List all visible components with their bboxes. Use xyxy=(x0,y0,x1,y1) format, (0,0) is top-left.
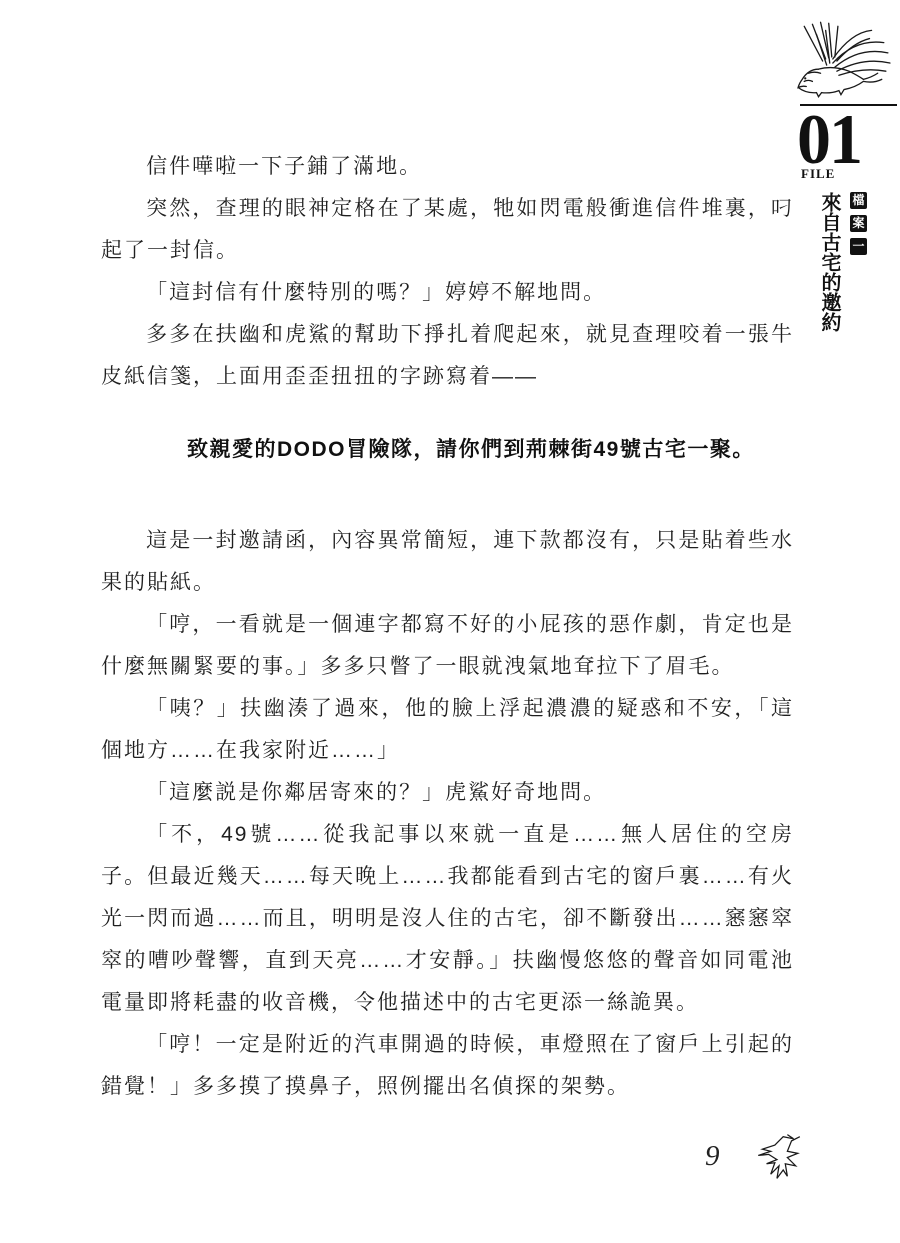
paragraph-group-after: 這是一封邀請函，內容異常簡短，連下款都沒有，只是貼着些水果的貼紙。「哼，一看就是… xyxy=(101,520,794,1108)
chapter-badge: 檔案一 xyxy=(850,192,867,261)
page-number: 9 xyxy=(705,1140,720,1173)
scribble-mark-icon xyxy=(752,1128,804,1186)
invitation-letter-line: 致親愛的DODO冒險隊，請你們到荊棘街49號古宅一聚。 xyxy=(101,429,794,471)
file-label: FILE xyxy=(801,166,835,182)
paragraph: 「哼，一看就是一個連字都寫不好的小屁孩的惡作劇，肯定也是什麼無關緊要的事。」多多… xyxy=(101,604,794,688)
paragraph: 「不，49號……從我記事以來就一直是……無人居住的空房子。但最近幾天……每天晚上… xyxy=(101,814,794,1024)
book-page: 01 FILE 檔案一 來自古宅的邀約 信件嘩啦一下子鋪了滿地。突然，查理的眼神… xyxy=(0,0,900,1243)
body-text: 信件嘩啦一下子鋪了滿地。突然，查理的眼神定格在了某處，牠如閃電般衝進信件堆裏，叼… xyxy=(101,146,794,1108)
paragraph: 多多在扶幽和虎鯊的幫助下掙扎着爬起來，就見查理咬着一張牛皮紙信箋，上面用歪歪扭扭… xyxy=(101,314,794,398)
chapter-badge-char: 一 xyxy=(850,238,867,255)
paragraph-group-before: 信件嘩啦一下子鋪了滿地。突然，查理的眼神定格在了某處，牠如閃電般衝進信件堆裏，叼… xyxy=(101,146,794,398)
paragraph: 這是一封邀請函，內容異常簡短，連下款都沒有，只是貼着些水果的貼紙。 xyxy=(101,520,794,604)
paragraph: 「咦？」扶幽湊了過來，他的臉上浮起濃濃的疑惑和不安，「這個地方……在我家附近……… xyxy=(101,688,794,772)
chapter-badge-char: 案 xyxy=(850,215,867,232)
paragraph: 突然，查理的眼神定格在了某處，牠如閃電般衝進信件堆裏，叼起了一封信。 xyxy=(101,188,794,272)
paragraph: 「這麼説是你鄰居寄來的？」虎鯊好奇地問。 xyxy=(101,772,794,814)
paragraph: 「哼！一定是附近的汽車開過的時候，車燈照在了窗戶上引起的錯覺！」多多摸了摸鼻子，… xyxy=(101,1024,794,1108)
chapter-badge-char: 檔 xyxy=(850,192,867,209)
chapter-title: 來自古宅的邀約 xyxy=(816,192,842,342)
paragraph: 「這封信有什麼特別的嗎？」婷婷不解地問。 xyxy=(101,272,794,314)
porcupine-illustration-icon xyxy=(792,20,894,102)
paragraph: 信件嘩啦一下子鋪了滿地。 xyxy=(101,146,794,188)
